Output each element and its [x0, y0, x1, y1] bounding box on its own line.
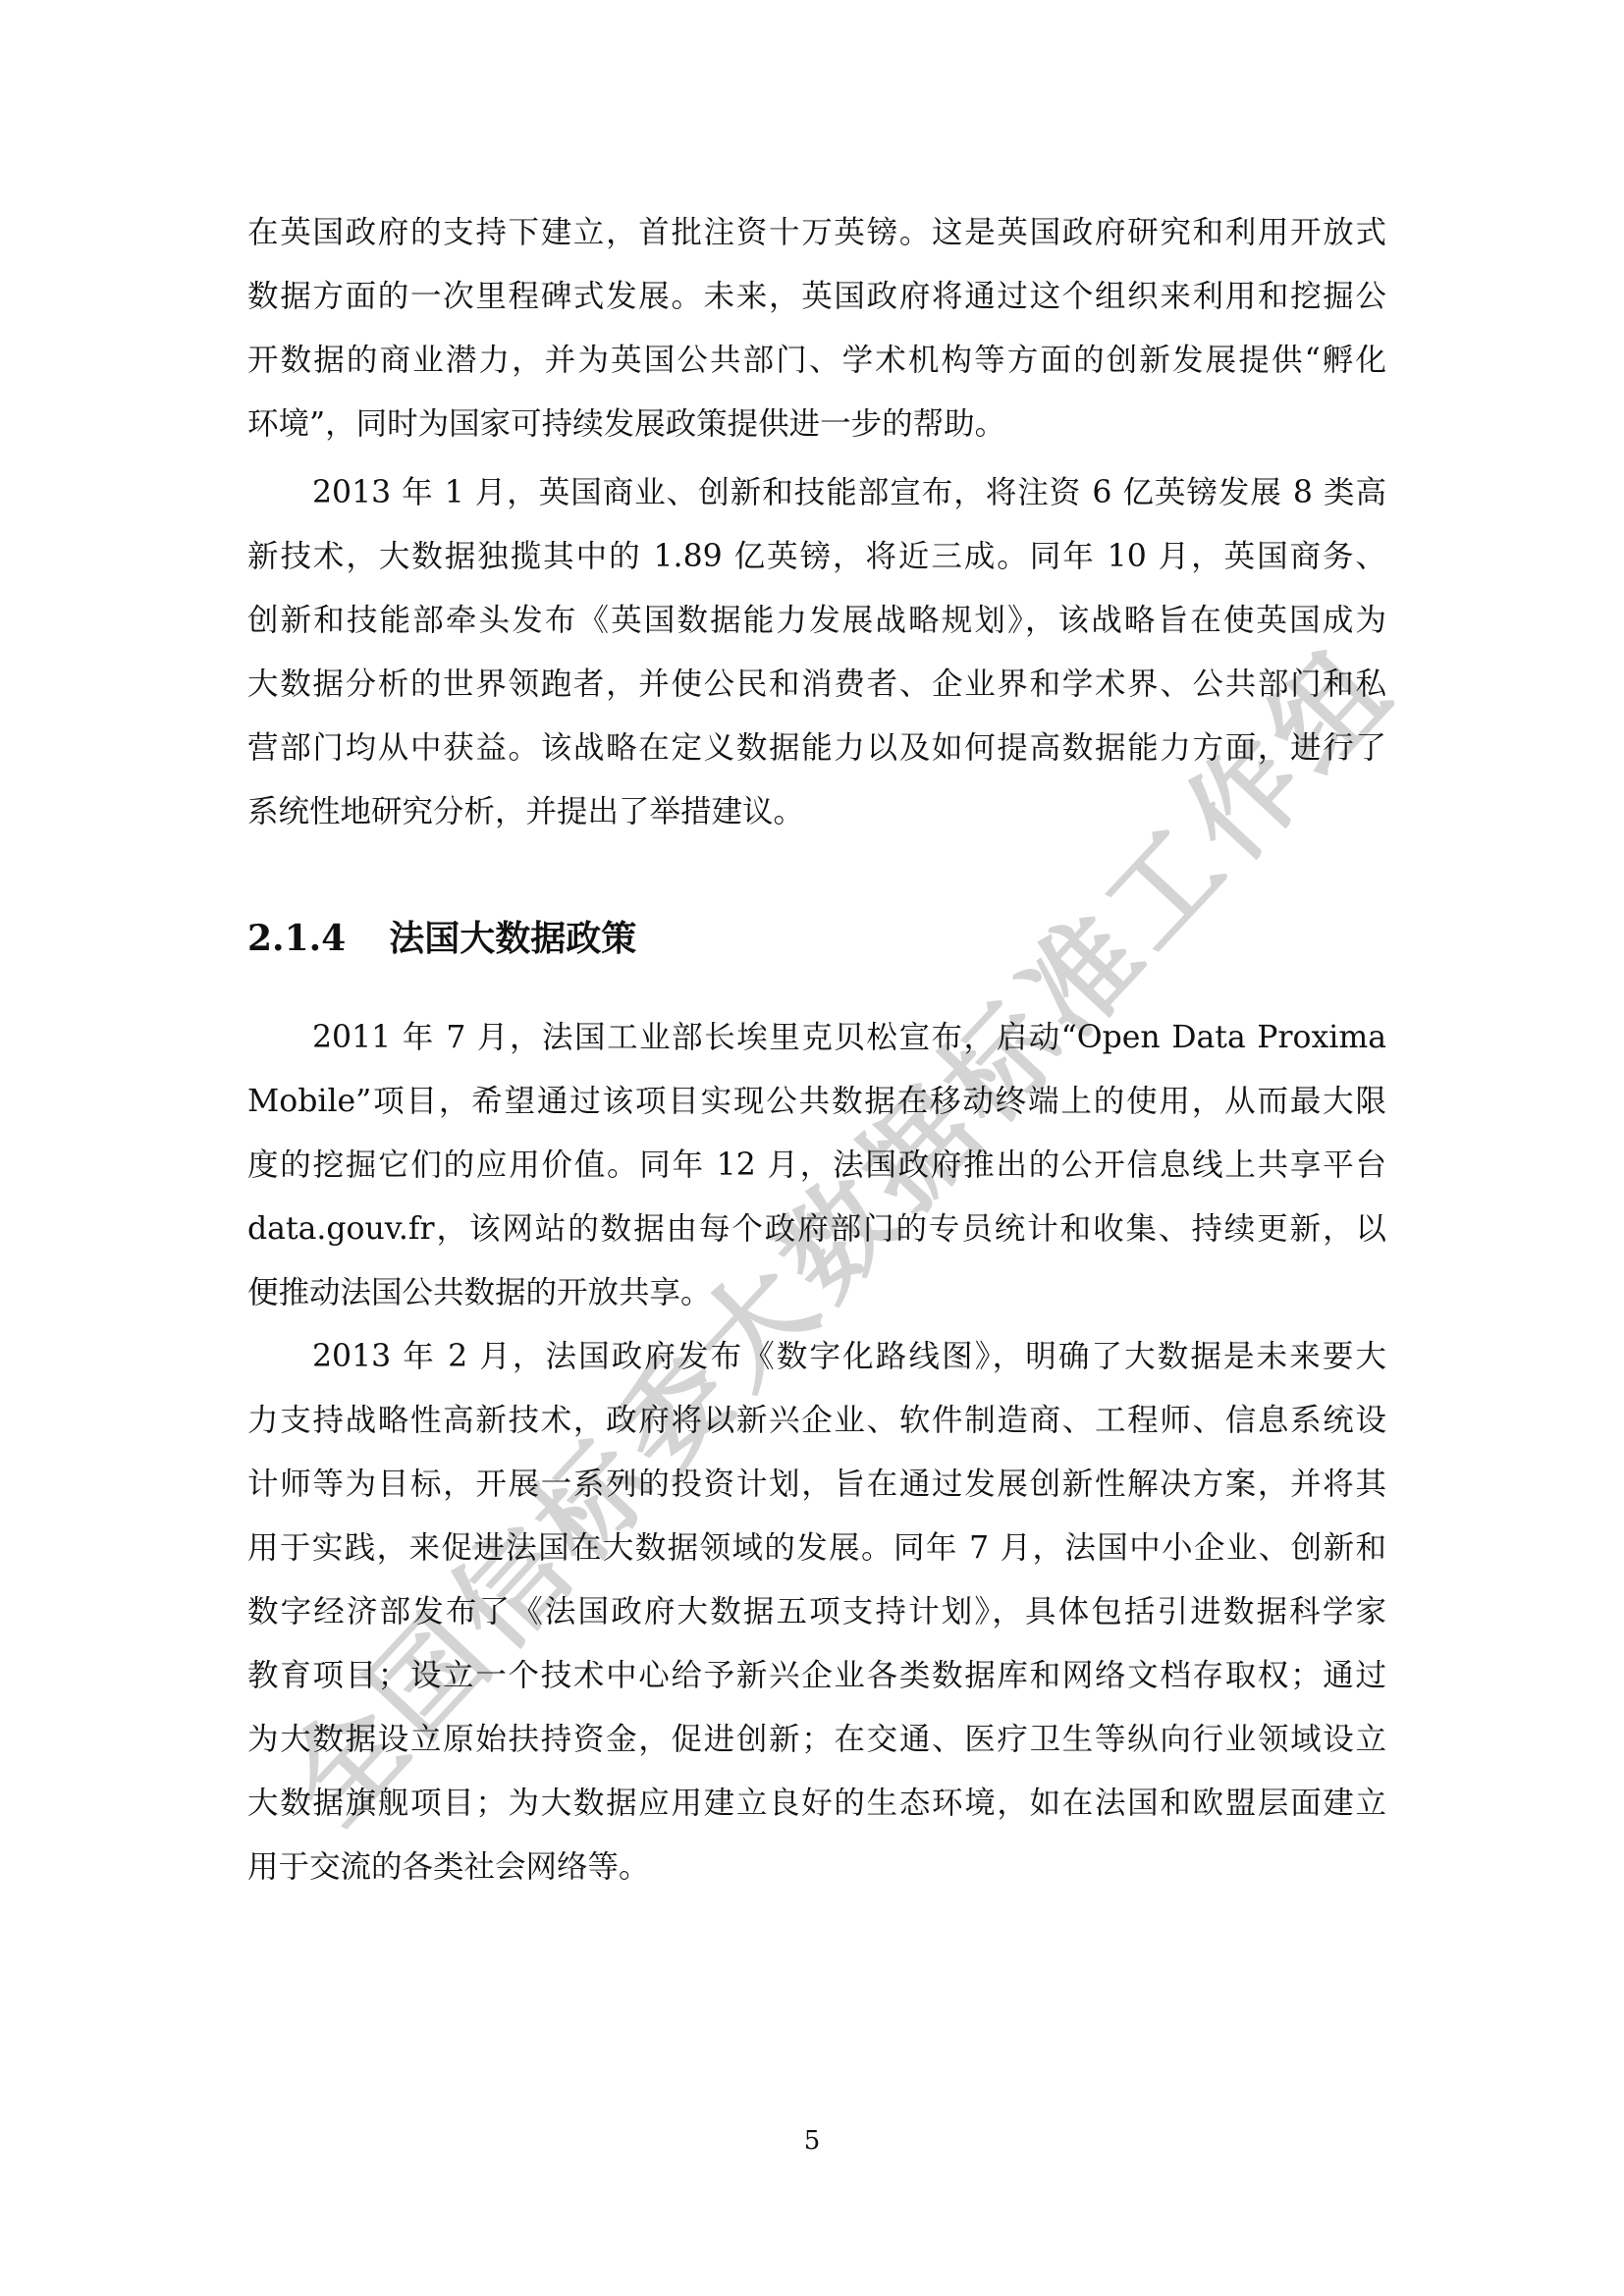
text-line: 用于交流的各类社会网络等。: [247, 1836, 1386, 1899]
text-line: 数据方面的一次里程碑式发展。未来，英国政府将通过这个组织来利用和挖掘公: [247, 265, 1386, 329]
text-line: 系统性地研究分析，并提出了举措建议。: [247, 780, 1386, 844]
text-line: 大数据分析的世界领跑者，并使公民和消费者、企业界和学术界、公共部门和私: [247, 653, 1386, 717]
text-line: 度的挖掘它们的应用价值。同年 12 月，法国政府推出的公开信息线上共享平台: [247, 1134, 1386, 1198]
text-line: 力支持战略性高新技术，政府将以新兴企业、软件制造商、工程师、信息系统设: [247, 1389, 1386, 1453]
text-line: 用于实践，来促进法国在大数据领域的发展。同年 7 月，法国中小企业、创新和: [247, 1517, 1386, 1580]
text-line: 开数据的商业潜力，并为英国公共部门、学术机构等方面的创新发展提供“孵化: [247, 329, 1386, 393]
text-line: 便推动法国公共数据的开放共享。: [247, 1261, 1386, 1325]
text-line: 新技术，大数据独揽其中的 1.89 亿英镑，将近三成。同年 10 月，英国商务、: [247, 525, 1386, 589]
text-line: 大数据旗舰项目；为大数据应用建立良好的生态环境，如在法国和欧盟层面建立: [247, 1772, 1386, 1836]
text-line: Mobile”项目，希望通过该项目实现公共数据在移动终端上的使用，从而最大限: [247, 1070, 1386, 1134]
text-line: data.gouv.fr，该网站的数据由每个政府部门的专员统计和收集、持续更新，…: [247, 1198, 1386, 1261]
text-line: 计师等为目标，开展一系列的投资计划，旨在通过发展创新性解决方案，并将其: [247, 1453, 1386, 1517]
document-page: 全国信标委大数据标准工作组 在英国政府的支持下建立，首批注资十万英镑。这是英国政…: [0, 0, 1624, 2296]
text-line: 环境”，同时为国家可持续发展政策提供进一步的帮助。: [247, 393, 1386, 456]
section-heading: 2.1.4法国大数据政策: [247, 907, 636, 970]
text-line: 2013 年 1 月，英国商业、创新和技能部宣布，将注资 6 亿英镑发展 8 类…: [247, 461, 1386, 525]
text-line: 创新和技能部牵头发布《英国数据能力发展战略规划》，该战略旨在使英国成为: [247, 589, 1386, 653]
page-number: 5: [0, 2126, 1624, 2156]
text-line: 数字经济部发布了《法国政府大数据五项支持计划》，具体包括引进数据科学家: [247, 1580, 1386, 1644]
text-line: 为大数据设立原始扶持资金，促进创新；在交通、医疗卫生等纵向行业领域设立: [247, 1708, 1386, 1772]
section-number: 2.1.4: [247, 918, 346, 959]
text-line: 2011 年 7 月，法国工业部长埃里克贝松宣布，启动“Open Data Pr…: [247, 1006, 1386, 1070]
text-line: 教育项目；设立一个技术中心给予新兴企业各类数据库和网络文档存取权；通过: [247, 1644, 1386, 1708]
text-line: 在英国政府的支持下建立，首批注资十万英镑。这是英国政府研究和利用开放式: [247, 201, 1386, 265]
text-line: 营部门均从中获益。该战略在定义数据能力以及如何提高数据能力方面，进行了: [247, 717, 1386, 780]
text-line: 2013 年 2 月，法国政府发布《数字化路线图》，明确了大数据是未来要大: [247, 1325, 1386, 1389]
section-title: 法国大数据政策: [389, 918, 636, 959]
